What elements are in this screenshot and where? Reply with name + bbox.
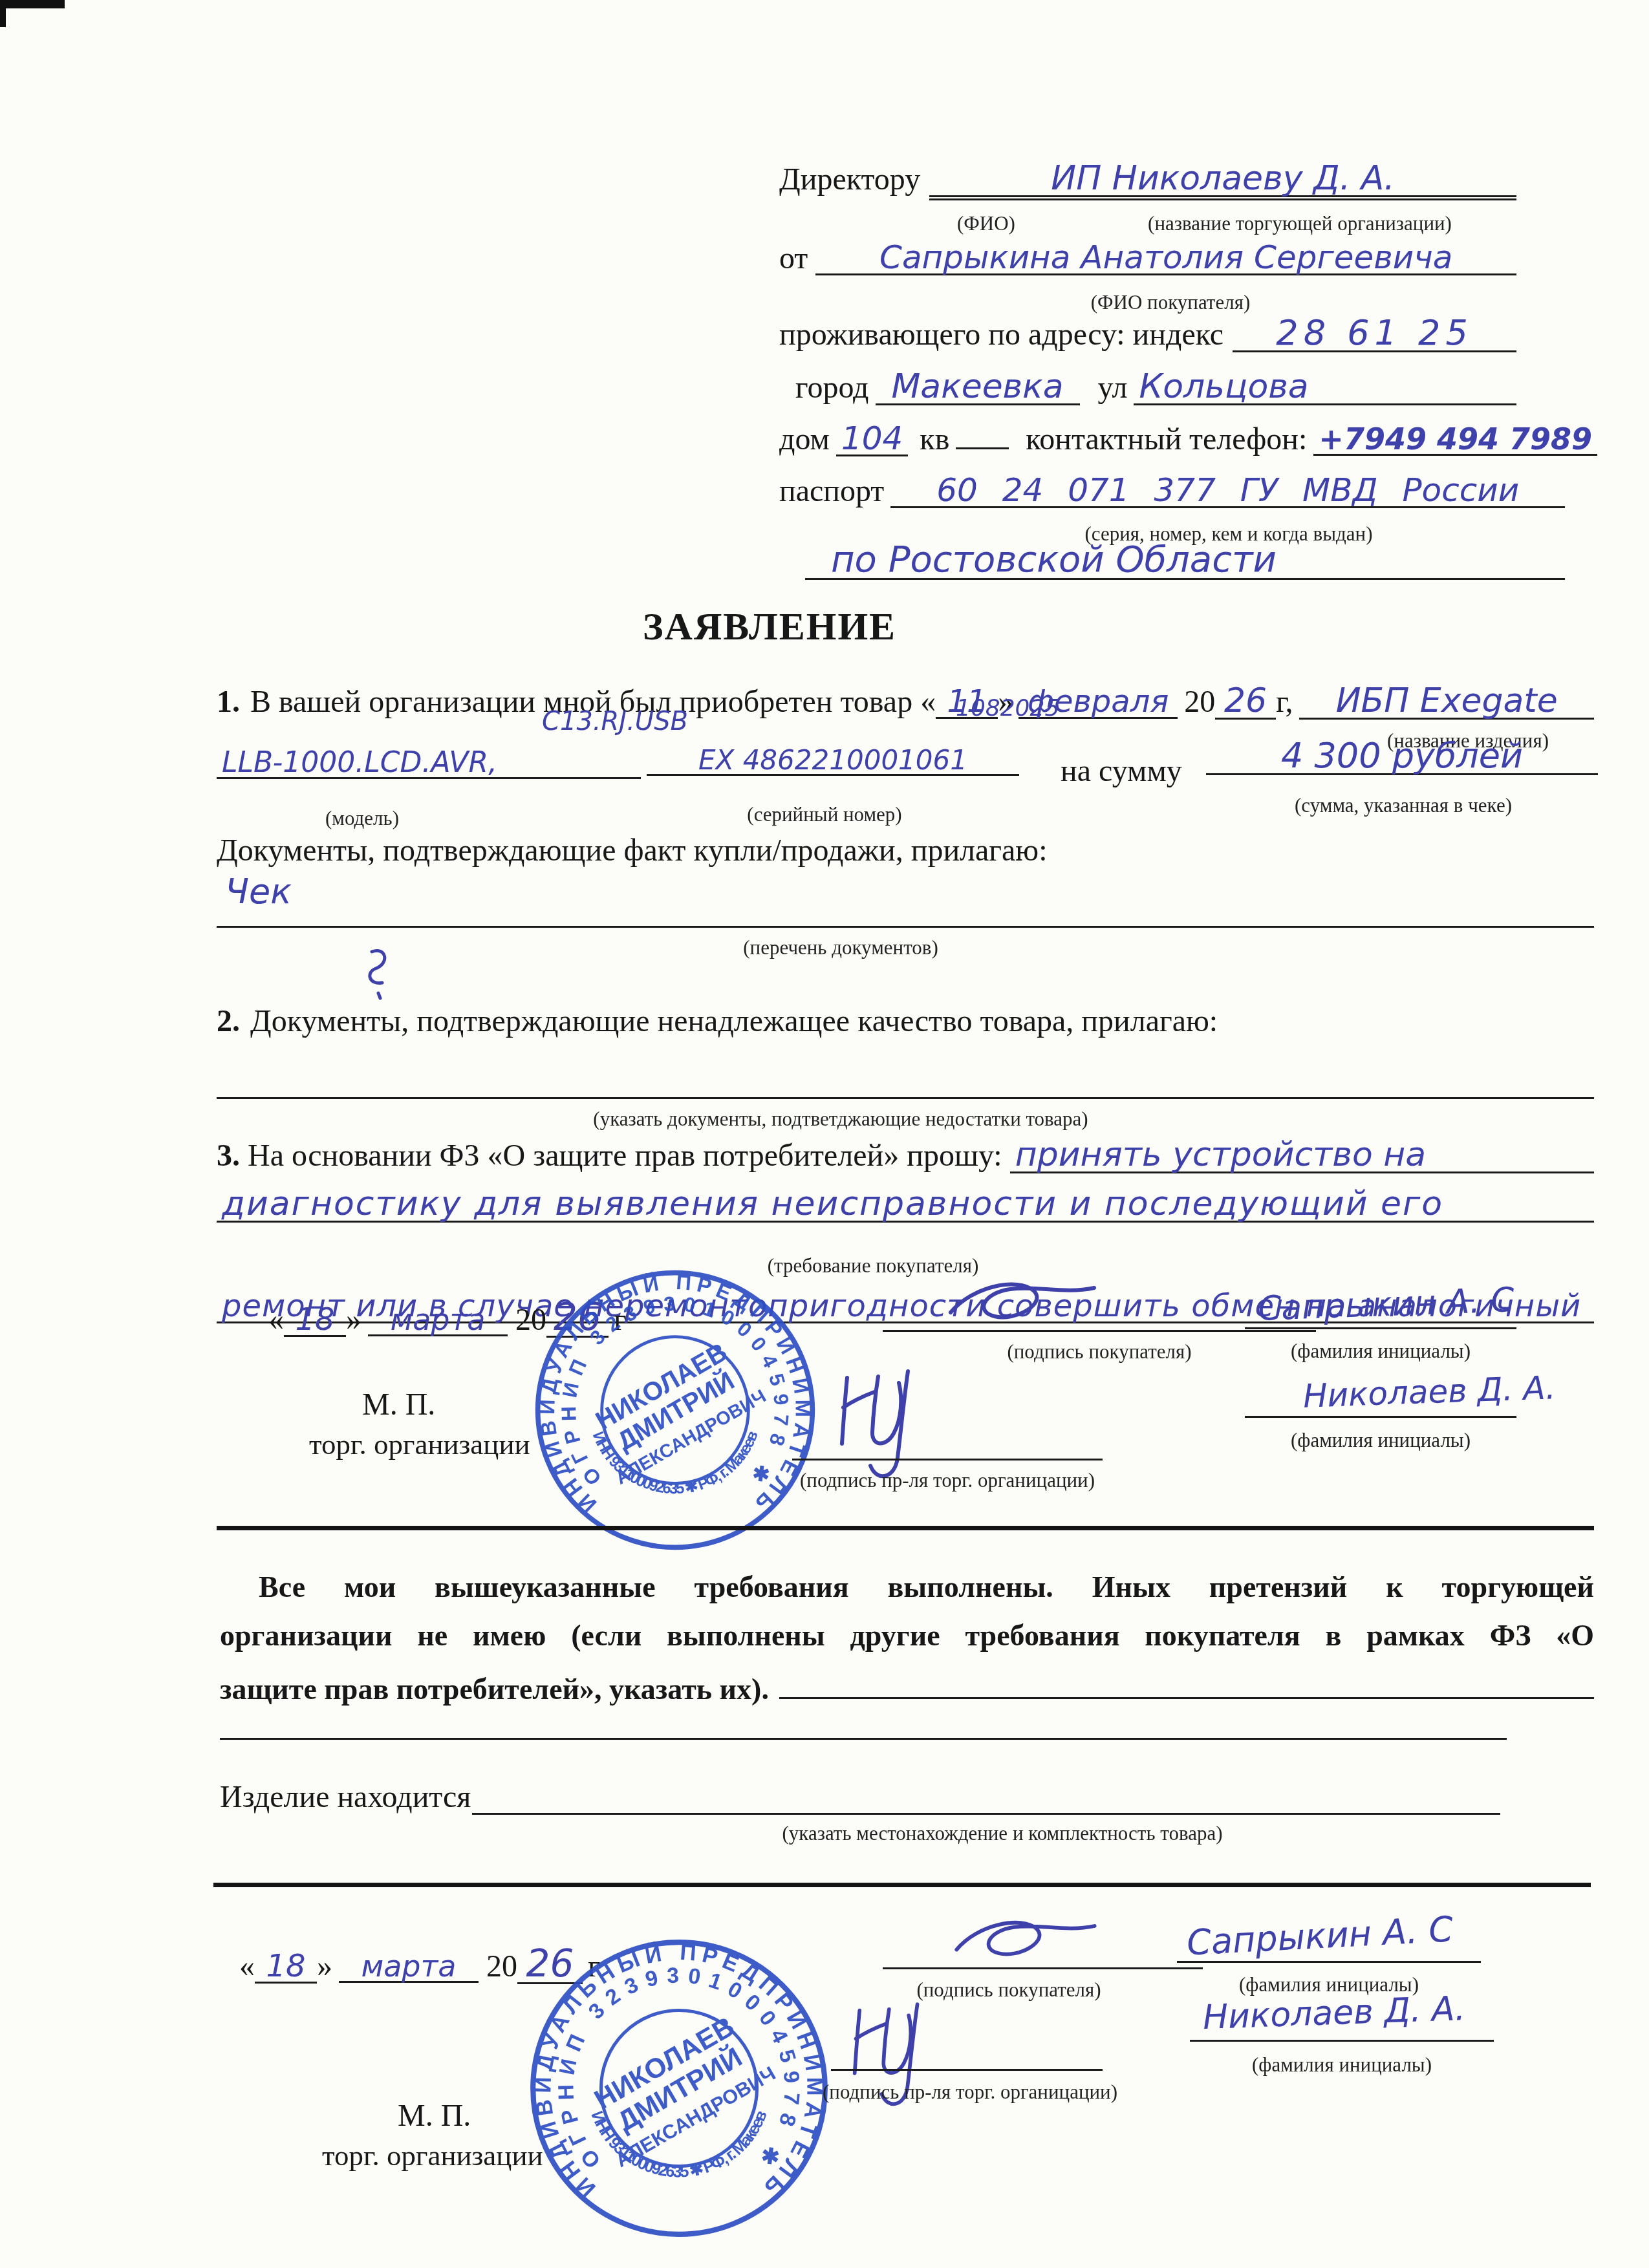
closing-p1: Все мои вышеуказанные требования выполне… — [220, 1563, 1594, 1612]
separator-line-2 — [213, 1883, 1591, 1887]
page-title: ЗАЯВЛЕНИЕ — [0, 604, 1539, 649]
apt-blank — [956, 447, 1009, 449]
buyer-name-line-1 — [1245, 1327, 1516, 1329]
date-century-2: 20 — [486, 1949, 517, 1984]
city-label: город — [795, 370, 869, 405]
scan-artifact — [0, 0, 6, 27]
mp-sub-1: торг. организации — [309, 1428, 530, 1461]
item1-century: 20 — [1184, 684, 1215, 720]
docs-value: Чек — [225, 874, 292, 909]
org-note: (название торгующей организации) — [1093, 212, 1507, 235]
apt-label: кв — [920, 422, 949, 457]
date-day-2: 18 — [266, 1948, 305, 1984]
closing-paragraph: Все мои вышеуказанные требования выполне… — [220, 1563, 1594, 1714]
mp-label-2: М. П. — [398, 2098, 471, 2134]
model-note: (модель) — [246, 807, 479, 830]
item1-g: г, — [1276, 684, 1293, 720]
passport-blank: 60 24 071 377 ГУ МВД России — [890, 474, 1565, 508]
serial-value: EX 4862210001061 — [698, 744, 967, 776]
sum-blank: 4 300 рублей — [1206, 738, 1598, 775]
product-name: ИБП Exegate — [1336, 681, 1558, 720]
director-label: Директору — [779, 162, 920, 197]
purchase-year: 26 — [1224, 681, 1267, 720]
request-hw2: диагностику для выявления неисправности … — [222, 1184, 1443, 1223]
request-hw1: принять устройство на — [1015, 1135, 1427, 1174]
buyer-sign-line-1 — [883, 1330, 1316, 1332]
date-day-blank-2: 18 — [255, 1951, 317, 1984]
date-day-blank: 18 — [284, 1304, 346, 1337]
house-phone-row: дом 104 кв контактный телефон: +7949 494… — [779, 422, 1597, 457]
phone-value: +7949 494 7989 — [1319, 422, 1592, 456]
separator-line-1 — [217, 1526, 1594, 1530]
closing-p3: защите прав потребителей», указать их). — [220, 1665, 769, 1714]
seller-name-1: Николаев Д. А. — [1302, 1371, 1556, 1413]
buyer-name-1: Сапрыкин А. С — [1257, 1283, 1514, 1326]
house-label: дом — [779, 422, 830, 457]
seller-sign-line-2 — [831, 2069, 1103, 2071]
company-round-stamp: ИНДИВИДУАЛЬНЫЙ ПРЕДПРИНИМАТЕЛЬ ОГРНИП 32… — [532, 1267, 818, 1553]
docs-blank-line — [217, 926, 1594, 928]
request-blank1: принять устройство на — [1010, 1138, 1594, 1173]
house-blank: 104 — [836, 422, 908, 456]
mp-sub-2: торг. организации — [322, 2139, 543, 2172]
address-row: проживающего по адресу: индекс 28 61 25 — [779, 316, 1516, 352]
passport-value: 60 24 071 377 ГУ МВД России — [936, 471, 1519, 509]
seller-name-line-2 — [1190, 2040, 1494, 2042]
item1-row1: 1. В вашей организации мной был приобрет… — [217, 684, 1594, 720]
buyer-sign-line-2 — [883, 1967, 1203, 1969]
address-label: проживающего по адресу: индекс — [779, 317, 1223, 352]
seller-sign-note-2: (подпись пр-ля торг. органицации) — [763, 2081, 1177, 2104]
seller-sign-note-1: (подпись пр-ля торг. органицации) — [731, 1469, 1164, 1492]
passport-label: паспорт — [779, 473, 884, 509]
director-row: Директору ИП Николаеву Д. А. — [779, 162, 1516, 200]
sum-note: (сумма, указанная в чеке) — [1229, 794, 1578, 817]
director-blank: ИП Николаеву Д. А. — [929, 162, 1516, 200]
serial-note: (серийный номер) — [679, 803, 970, 826]
buyer-fio-note: (ФИО покупателя) — [970, 291, 1371, 314]
buyer-signature — [944, 1912, 1106, 1972]
located-label: Изделие находится — [220, 1779, 471, 1815]
extra-blank-line — [220, 1738, 1507, 1740]
model-sup: C13.RJ.USB — [542, 709, 688, 734]
buyer-name-line-2 — [1177, 1961, 1481, 1963]
director-value: ИП Николаеву Д. А. — [1051, 159, 1394, 198]
scanned-application-page: Директору ИП Николаеву Д. А. (ФИО) (назв… — [0, 0, 1649, 2268]
item2-blank-line — [217, 1097, 1594, 1099]
item3-text: На основании ФЗ «О защите прав потребите… — [248, 1138, 1002, 1173]
buyer-sign-note-1: (подпись покупателя) — [905, 1340, 1293, 1364]
purchase-year-blank: 26 — [1215, 684, 1276, 720]
city-street-row: город Макеевка ул Кольцова — [795, 370, 1516, 405]
street-label: ул — [1098, 370, 1128, 405]
date-month: марта — [390, 1302, 485, 1337]
phone-label: контактный телефон: — [1026, 422, 1307, 457]
buyer-fio-value: Сапрыкина Анатолия Сергеевича — [879, 239, 1452, 276]
mp-label-1: М. П. — [362, 1387, 435, 1422]
date-open-quote: « — [268, 1302, 284, 1338]
docs-note: (перечень документов) — [679, 936, 1002, 959]
date-month-2: марта — [361, 1949, 456, 1984]
seller-name-line-1 — [1245, 1416, 1516, 1418]
date-day: 18 — [295, 1301, 334, 1338]
date-close-quote-2: » — [317, 1949, 332, 1984]
product-name-blank: ИБП Exegate — [1299, 684, 1594, 720]
date-month-blank-2: марта — [339, 1951, 479, 1983]
pen-mark — [359, 945, 398, 1003]
street-blank: Кольцова — [1134, 370, 1516, 405]
located-blank-line — [472, 1813, 1500, 1815]
seller-sign-line-1 — [792, 1459, 1103, 1460]
surname-note-1a: (фамилия инициалы) — [1245, 1340, 1516, 1363]
phone-blank: +7949 494 7989 — [1313, 424, 1597, 456]
item2-note: (указать документы, подтветджающие недос… — [582, 1107, 1099, 1131]
city-blank: Макеевка — [876, 370, 1080, 405]
from-row: от Сапрыкина Анатолия Сергеевича — [779, 241, 1516, 276]
sum-label: на сумму — [1061, 753, 1182, 789]
surname-note-2b: (фамилия инициалы) — [1206, 2053, 1478, 2077]
serial-sup: 1082025 — [956, 697, 1059, 720]
request-blank2: диагностику для выявления неисправности … — [217, 1187, 1594, 1223]
buyer-signature — [938, 1275, 1106, 1334]
item1-number: 1. — [217, 684, 240, 720]
closing-p2: организации не имею (если выполнены друг… — [220, 1612, 1594, 1660]
postal-index-value: 28 61 25 — [1276, 312, 1472, 353]
street-value: Кольцова — [1139, 367, 1308, 406]
house-value: 104 — [841, 420, 903, 457]
passport-row2: по Ростовской Области — [805, 542, 1565, 580]
fio-note: (ФИО) — [912, 212, 1061, 235]
model-value: LLB-1000.LCD.AVR, — [222, 746, 497, 779]
model-blank: LLB-1000.LCD.AVR, — [217, 749, 641, 779]
buyer-name-2: Сапрыкин А. С — [1186, 1912, 1454, 1960]
passport-row: паспорт 60 24 071 377 ГУ МВД России — [779, 473, 1565, 509]
item3-row: 3. На основании ФЗ «О защите прав потреб… — [217, 1138, 1594, 1173]
surname-note-1b: (фамилия инициалы) — [1245, 1429, 1516, 1452]
date-open-quote-2: « — [239, 1949, 255, 1984]
serial-blank: EX 4862210001061 — [647, 747, 1019, 776]
item3-number: 3. — [217, 1138, 240, 1173]
date-close-quote: » — [346, 1302, 361, 1338]
seller-name-2: Николаев Д. А. — [1202, 1992, 1466, 2035]
passport-value2: по Ростовской Области — [831, 539, 1277, 581]
postal-index-blank: 28 61 25 — [1233, 316, 1516, 352]
sum-value: 4 300 рублей — [1281, 735, 1523, 776]
scan-artifact — [0, 0, 65, 8]
city-value: Макеевка — [892, 367, 1064, 406]
from-label: от — [779, 241, 808, 276]
located-note: (указать местонахождение и комплектность… — [711, 1822, 1293, 1845]
item2-text: Документы, подтверждающие ненадлежащее к… — [250, 1003, 1218, 1039]
passport-blank2: по Ростовской Области — [805, 542, 1565, 580]
item2-row: 2. Документы, подтверждающие ненадлежаще… — [217, 1003, 1594, 1039]
buyer-fio-blank: Сапрыкина Анатолия Сергеевича — [815, 241, 1516, 275]
closing-blank-line — [779, 1660, 1594, 1699]
item2-number: 2. — [217, 1003, 240, 1039]
docs-text: Документы, подтверждающие факт купли/про… — [217, 833, 1048, 868]
date-month-blank: марта — [368, 1305, 508, 1336]
